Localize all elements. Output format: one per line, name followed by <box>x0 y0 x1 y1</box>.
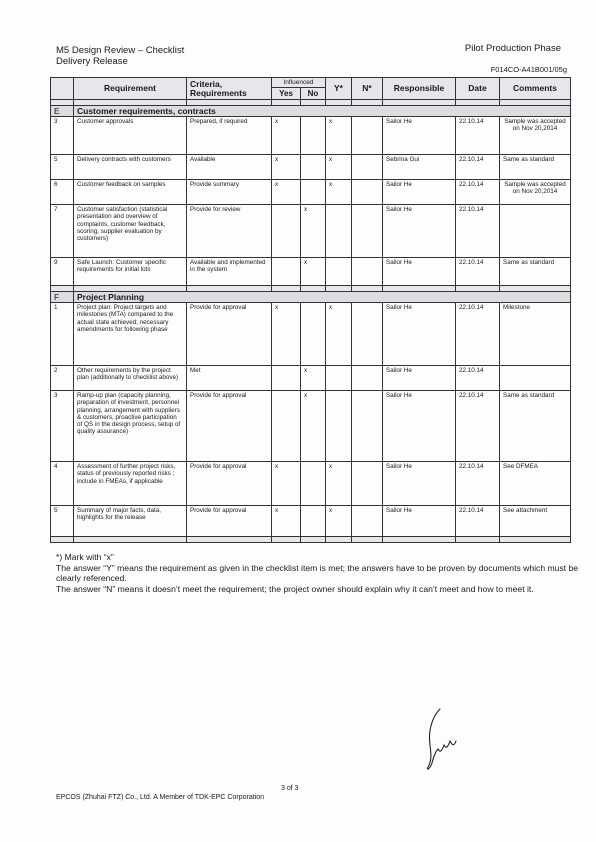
row-number: 3 <box>51 391 74 462</box>
row-number: 4 <box>51 462 74 506</box>
comments-cell: Same as standard <box>500 391 571 462</box>
table-row: 4Assessment of further project risks, st… <box>51 462 571 506</box>
criteria-cell: Provide for approval <box>187 303 272 366</box>
influenced-yes-cell: x <box>272 180 301 205</box>
comments-cell: Sample was accepted on Nov 20,2014 <box>500 117 571 155</box>
influenced-no-cell <box>301 303 326 366</box>
table-row: 9Safe Launch: Customer specific requirem… <box>51 258 571 286</box>
comments-cell: Milestone <box>500 303 571 366</box>
row-number: 2 <box>51 366 74 391</box>
influenced-no-cell: x <box>301 205 326 258</box>
table-row: 7Customer satisfaction (statistical pres… <box>51 205 571 258</box>
n-cell <box>352 205 383 258</box>
influenced-no-cell <box>301 180 326 205</box>
header-influenced: Influenced <box>272 78 326 88</box>
footer-company: EPCOS (Zhuhai FTZ) Co., Ltd. A Member of… <box>56 794 264 801</box>
responsible-cell: Sebrina Gui <box>383 155 456 180</box>
section-row: FProject Planning <box>51 292 571 303</box>
criteria-cell: Provide summary <box>187 180 272 205</box>
header-number <box>51 78 74 100</box>
requirement-cell: Customer approvals <box>74 117 187 155</box>
spacer-cell <box>500 537 571 543</box>
n-cell <box>352 303 383 366</box>
header-yes: Yes <box>272 88 301 100</box>
n-cell <box>352 258 383 286</box>
date-cell: 22.10.14 <box>456 391 500 462</box>
requirement-cell: Other requirements by the project plan (… <box>74 366 187 391</box>
document-subtitle: Delivery Release <box>56 56 128 67</box>
comments-cell <box>500 366 571 391</box>
header-y: Y* <box>326 78 352 100</box>
y-cell: x <box>326 117 352 155</box>
responsible-cell: Sailor He <box>383 391 456 462</box>
criteria-cell: Met <box>187 366 272 391</box>
criteria-cell: Provide for review <box>187 205 272 258</box>
document-page: M5 Design Review – Checklist Delivery Re… <box>0 0 596 842</box>
note-y-meaning: The answer “Y” means the requirement as … <box>56 563 586 584</box>
header-no: No <box>301 88 326 100</box>
influenced-no-cell: x <box>301 391 326 462</box>
row-number: 5 <box>51 155 74 180</box>
responsible-cell: Sailor He <box>383 303 456 366</box>
y-cell: x <box>326 462 352 506</box>
row-number: 5 <box>51 506 74 537</box>
y-cell: x <box>326 303 352 366</box>
requirement-cell: Assessment of further project risks, sta… <box>74 462 187 506</box>
spacer-cell <box>301 537 326 543</box>
date-cell: 22.10.14 <box>456 258 500 286</box>
date-cell: 22.10.14 <box>456 462 500 506</box>
y-cell: x <box>326 180 352 205</box>
n-cell <box>352 391 383 462</box>
requirement-cell: Safe Launch: Customer specific requireme… <box>74 258 187 286</box>
header-date: Date <box>456 78 500 100</box>
checklist-table: Requirement Criteria, Requirements Influ… <box>50 77 571 543</box>
date-cell: 22.10.14 <box>456 366 500 391</box>
phase-label: Pilot Production Phase <box>465 43 561 54</box>
criteria-cell: Provide for approval <box>187 391 272 462</box>
y-cell <box>326 391 352 462</box>
spacer-row <box>51 537 571 543</box>
influenced-yes-cell <box>272 366 301 391</box>
header-n: N* <box>352 78 383 100</box>
spacer-cell <box>352 537 383 543</box>
influenced-no-cell <box>301 506 326 537</box>
requirement-cell: Customer satisfaction (statistical prese… <box>74 205 187 258</box>
responsible-cell: Sailor He <box>383 205 456 258</box>
y-cell <box>326 366 352 391</box>
influenced-yes-cell: x <box>272 462 301 506</box>
section-letter: F <box>51 292 74 303</box>
header-criteria: Criteria, Requirements <box>187 78 272 100</box>
influenced-yes-cell <box>272 391 301 462</box>
criteria-cell: Provide for approval <box>187 462 272 506</box>
section-title: Customer requirements, contracts <box>74 106 571 117</box>
y-cell: x <box>326 155 352 180</box>
criteria-cell: Provide for approval <box>187 506 272 537</box>
y-cell <box>326 205 352 258</box>
requirement-cell: Ramp-up plan (capacity planning, prepara… <box>74 391 187 462</box>
influenced-no-cell <box>301 462 326 506</box>
n-cell <box>352 155 383 180</box>
table-row: 5Summary of major facts, data, highlight… <box>51 506 571 537</box>
responsible-cell: Sailor He <box>383 258 456 286</box>
table-header: Requirement Criteria, Requirements Influ… <box>51 78 571 100</box>
row-number: 6 <box>51 180 74 205</box>
responsible-cell: Sailor He <box>383 180 456 205</box>
row-number: 9 <box>51 258 74 286</box>
spacer-cell <box>326 537 352 543</box>
notes: *) Mark with “x” The answer “Y” means th… <box>56 552 586 594</box>
section-row: ECustomer requirements, contracts <box>51 106 571 117</box>
influenced-yes-cell: x <box>272 117 301 155</box>
note-mark: *) Mark with “x” <box>56 552 586 563</box>
page-number: 3 of 3 <box>281 785 299 792</box>
influenced-no-cell: x <box>301 366 326 391</box>
influenced-yes-cell <box>272 258 301 286</box>
y-cell: x <box>326 506 352 537</box>
row-number: 1 <box>51 303 74 366</box>
date-cell: 22.10.14 <box>456 117 500 155</box>
n-cell <box>352 180 383 205</box>
row-number: 3 <box>51 117 74 155</box>
header-requirement: Requirement <box>74 78 187 100</box>
table-row: 3Ramp-up plan (capacity planning, prepar… <box>51 391 571 462</box>
influenced-no-cell <box>301 155 326 180</box>
date-cell: 22.10.14 <box>456 180 500 205</box>
header-comments: Comments <box>500 78 571 100</box>
document-title: M5 Design Review – Checklist <box>56 45 184 56</box>
comments-cell: Same as standard <box>500 155 571 180</box>
y-cell <box>326 258 352 286</box>
influenced-yes-cell <box>272 205 301 258</box>
comments-cell: See attachment <box>500 506 571 537</box>
n-cell <box>352 506 383 537</box>
spacer-cell <box>383 537 456 543</box>
influenced-no-cell: x <box>301 258 326 286</box>
comments-cell: Sample was accepted on Nov 20,2014 <box>500 180 571 205</box>
criteria-cell: Available <box>187 155 272 180</box>
signature-icon <box>418 705 468 775</box>
date-cell: 22.10.14 <box>456 303 500 366</box>
comments-cell: Same as standard <box>500 258 571 286</box>
table-row: 5Delivery contracts with customersAvaila… <box>51 155 571 180</box>
responsible-cell: Sailor He <box>383 117 456 155</box>
date-cell: 22.10.14 <box>456 506 500 537</box>
table-row: 6Customer feedback on samplesProvide sum… <box>51 180 571 205</box>
note-n-meaning: The answer “N” means it doesn’t meet the… <box>56 584 586 595</box>
table-row: 2Other requirements by the project plan … <box>51 366 571 391</box>
section-title: Project Planning <box>74 292 571 303</box>
responsible-cell: Sailor He <box>383 366 456 391</box>
criteria-cell: Prepared, if required <box>187 117 272 155</box>
criteria-cell: Available and implemented in the system <box>187 258 272 286</box>
n-cell <box>352 117 383 155</box>
influenced-yes-cell: x <box>272 155 301 180</box>
requirement-cell: Summary of major facts, data, highlights… <box>74 506 187 537</box>
spacer-cell <box>272 537 301 543</box>
responsible-cell: Sailor He <box>383 462 456 506</box>
requirement-cell: Customer feedback on samples <box>74 180 187 205</box>
section-letter: E <box>51 106 74 117</box>
date-cell: 22.10.14 <box>456 155 500 180</box>
requirement-cell: Project plan: Project targets and milest… <box>74 303 187 366</box>
table-row: 3Customer approvalsPrepared, if required… <box>51 117 571 155</box>
date-cell: 22.10.14 <box>456 205 500 258</box>
influenced-no-cell <box>301 117 326 155</box>
spacer-cell <box>74 537 187 543</box>
header-responsible: Responsible <box>383 78 456 100</box>
table-row: 1Project plan: Project targets and miles… <box>51 303 571 366</box>
spacer-cell <box>51 537 74 543</box>
comments-cell <box>500 205 571 258</box>
responsible-cell: Sailor He <box>383 506 456 537</box>
spacer-cell <box>456 537 500 543</box>
influenced-yes-cell: x <box>272 303 301 366</box>
comments-cell: See DFMEA <box>500 462 571 506</box>
row-number: 7 <box>51 205 74 258</box>
document-number: F014CO-A41B001/05g <box>491 65 567 74</box>
influenced-yes-cell: x <box>272 506 301 537</box>
requirement-cell: Delivery contracts with customers <box>74 155 187 180</box>
n-cell <box>352 366 383 391</box>
spacer-cell <box>187 537 272 543</box>
table-body: ECustomer requirements, contracts3Custom… <box>51 100 571 543</box>
n-cell <box>352 462 383 506</box>
